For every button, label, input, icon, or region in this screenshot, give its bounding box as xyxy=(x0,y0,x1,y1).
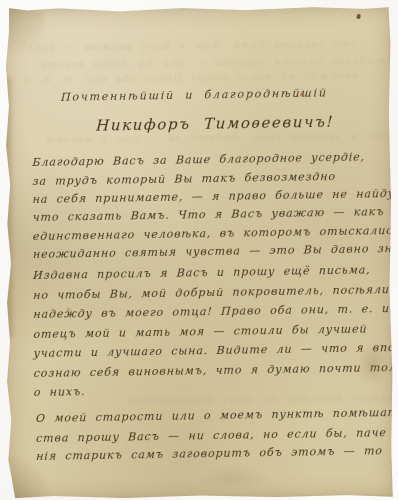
letter-line: что сказать Вамъ. Что я Васъ уважаю — ка… xyxy=(32,205,384,224)
letter-line: надежду въ моего отца! Право оба они, т.… xyxy=(33,302,390,321)
fox-spot xyxy=(357,14,361,19)
corner-shading xyxy=(7,453,53,499)
letter-line: О моей старости или о моемъ пунктѣ помѣш… xyxy=(36,406,398,425)
letter-line: но чтобы Вы, мой добрый покровитель, пос… xyxy=(33,283,390,302)
letter-line: Благодарю Васъ за Ваше благородное усерд… xyxy=(32,150,365,169)
bleed-through-text: за трудъ который Вы такъ безвозмездно xyxy=(127,393,398,408)
letter-scan: что сказать Вамъ. Что я Васъ уважаю — ка… xyxy=(0,0,398,500)
edge-stain xyxy=(359,342,387,386)
letter-line: сознаю себя виновнымъ, что я думаю почти… xyxy=(33,361,398,380)
bleed-through-text: надежду въ моего отца! Право оба они, т.… xyxy=(23,71,359,86)
salutation-line: Почтеннѣйшій и благороднѣйшій xyxy=(61,86,328,103)
letter-line: ства прошу Васъ — ни слова, но если бы, … xyxy=(36,426,398,445)
corner-shading xyxy=(5,8,45,68)
bottom-stain xyxy=(197,467,267,489)
letter-line: нія старикъ самъ заговоритъ объ этомъ — … xyxy=(36,444,383,463)
deckle-edge-shading xyxy=(5,78,15,338)
letter-line: отецъ мой и мать моя — стоили бы лучшей xyxy=(33,322,368,341)
letter-line: Издавна просилъ я Васъ и прошу ещё письм… xyxy=(33,263,371,282)
bleed-through-text: неожиданно святыя чувства — это Вы давно… xyxy=(35,55,398,71)
bleed-through-text: что сказать Вамъ. Что я Васъ уважаю — ка… xyxy=(27,39,357,54)
letter-line: на себя принимаете, — я право больше не … xyxy=(32,187,398,206)
letter-line: за трудъ который Вы такъ безвозмездно xyxy=(32,170,336,188)
letter-line: неожиданно святыя чувства — это Вы давно… xyxy=(33,241,398,261)
letter-line: участи и лучшаго сына. Видите ли — что я… xyxy=(33,341,398,360)
letter-line: единственнаго человѣка, въ которомъ отыс… xyxy=(33,224,398,243)
letter-line: о нихъ. xyxy=(34,385,86,399)
letter-paper: что сказать Вамъ. Что я Васъ уважаю — ка… xyxy=(5,6,394,499)
